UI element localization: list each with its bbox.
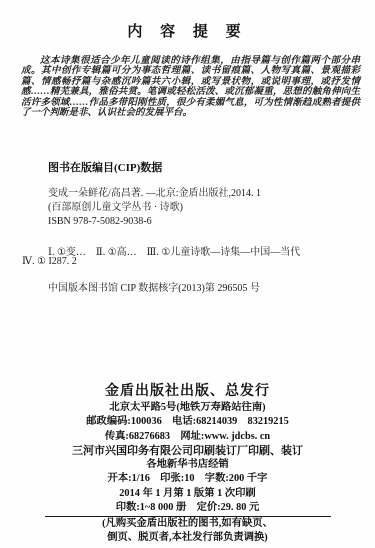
- fax-website-line: 传真:68276683 网址:www. jdcbs. cn: [0, 430, 375, 444]
- edition-line: 2014 年 1 月第 1 版第 1 次印刷: [0, 487, 375, 501]
- format-line: 开本:1/16 印张:10 字数:200 千字: [0, 472, 375, 486]
- print-run-price-line: 印数:1~8 000 册 定价:29. 80 元: [45, 501, 331, 515]
- divider-rule: 印数:1~8 000 册 定价:29. 80 元: [45, 501, 331, 517]
- cip-classification-line2: Ⅳ. ① I287. 2: [22, 256, 77, 267]
- cip-record-number: 中国版本图书馆 CIP 数据核字(2013)第 296505 号: [48, 279, 260, 294]
- cip-series: (百部原创儿童文学丛书 · 诗歌): [48, 201, 361, 215]
- exchange-note-line2: 倒页、脱页者,本社发行部负责调换): [0, 531, 375, 545]
- cip-entry-block: 变成一朵鲜花/高昌著. —北京:金盾出版社,2014. 1 (百部原创儿童文学丛…: [48, 187, 361, 229]
- publisher-line: 金盾出版社出版、总发行: [0, 383, 375, 401]
- exchange-note: (凡购买金盾出版社的图书,如有缺页、 倒页、脱页者,本社发行部负责调换): [0, 517, 375, 545]
- distributor-line: 各地新华书店经销: [0, 458, 375, 472]
- cip-isbn: ISBN 978-7-5082-9038-6: [48, 215, 361, 229]
- cip-classification-line1: Ⅰ. ①变… Ⅱ. ①高… Ⅲ. ①儿童诗歌—诗集—中国—当代: [48, 243, 300, 258]
- address-line: 北京太平路5号(地铁万寿路站往南): [0, 401, 375, 415]
- colophon: 金盾出版社出版、总发行 北京太平路5号(地铁万寿路站往南) 邮政编码:10003…: [0, 383, 375, 545]
- cip-heading: 图书在版编目(CIP)数据: [48, 159, 162, 175]
- exchange-note-line1: (凡购买金盾出版社的图书,如有缺页、: [0, 517, 375, 531]
- cip-entry: 变成一朵鲜花/高昌著. —北京:金盾出版社,2014. 1: [48, 187, 361, 201]
- content-summary: 这本诗集很适合少年儿童阅读的诗作组集，由指导篇与创作篇两个部分串成。其中创作专辑…: [21, 56, 360, 118]
- page-title: 内 容 提 要: [0, 20, 375, 41]
- book-copyright-page: 内 容 提 要 这本诗集很适合少年儿童阅读的诗作组集，由指导篇与创作篇两个部分串…: [0, 0, 375, 548]
- printer-line: 三河市兴国印务有限公司印刷装订厂印刷、装订: [0, 444, 375, 458]
- postal-phone-line: 邮政编码:100036 电话:68214039 83219215: [0, 415, 375, 429]
